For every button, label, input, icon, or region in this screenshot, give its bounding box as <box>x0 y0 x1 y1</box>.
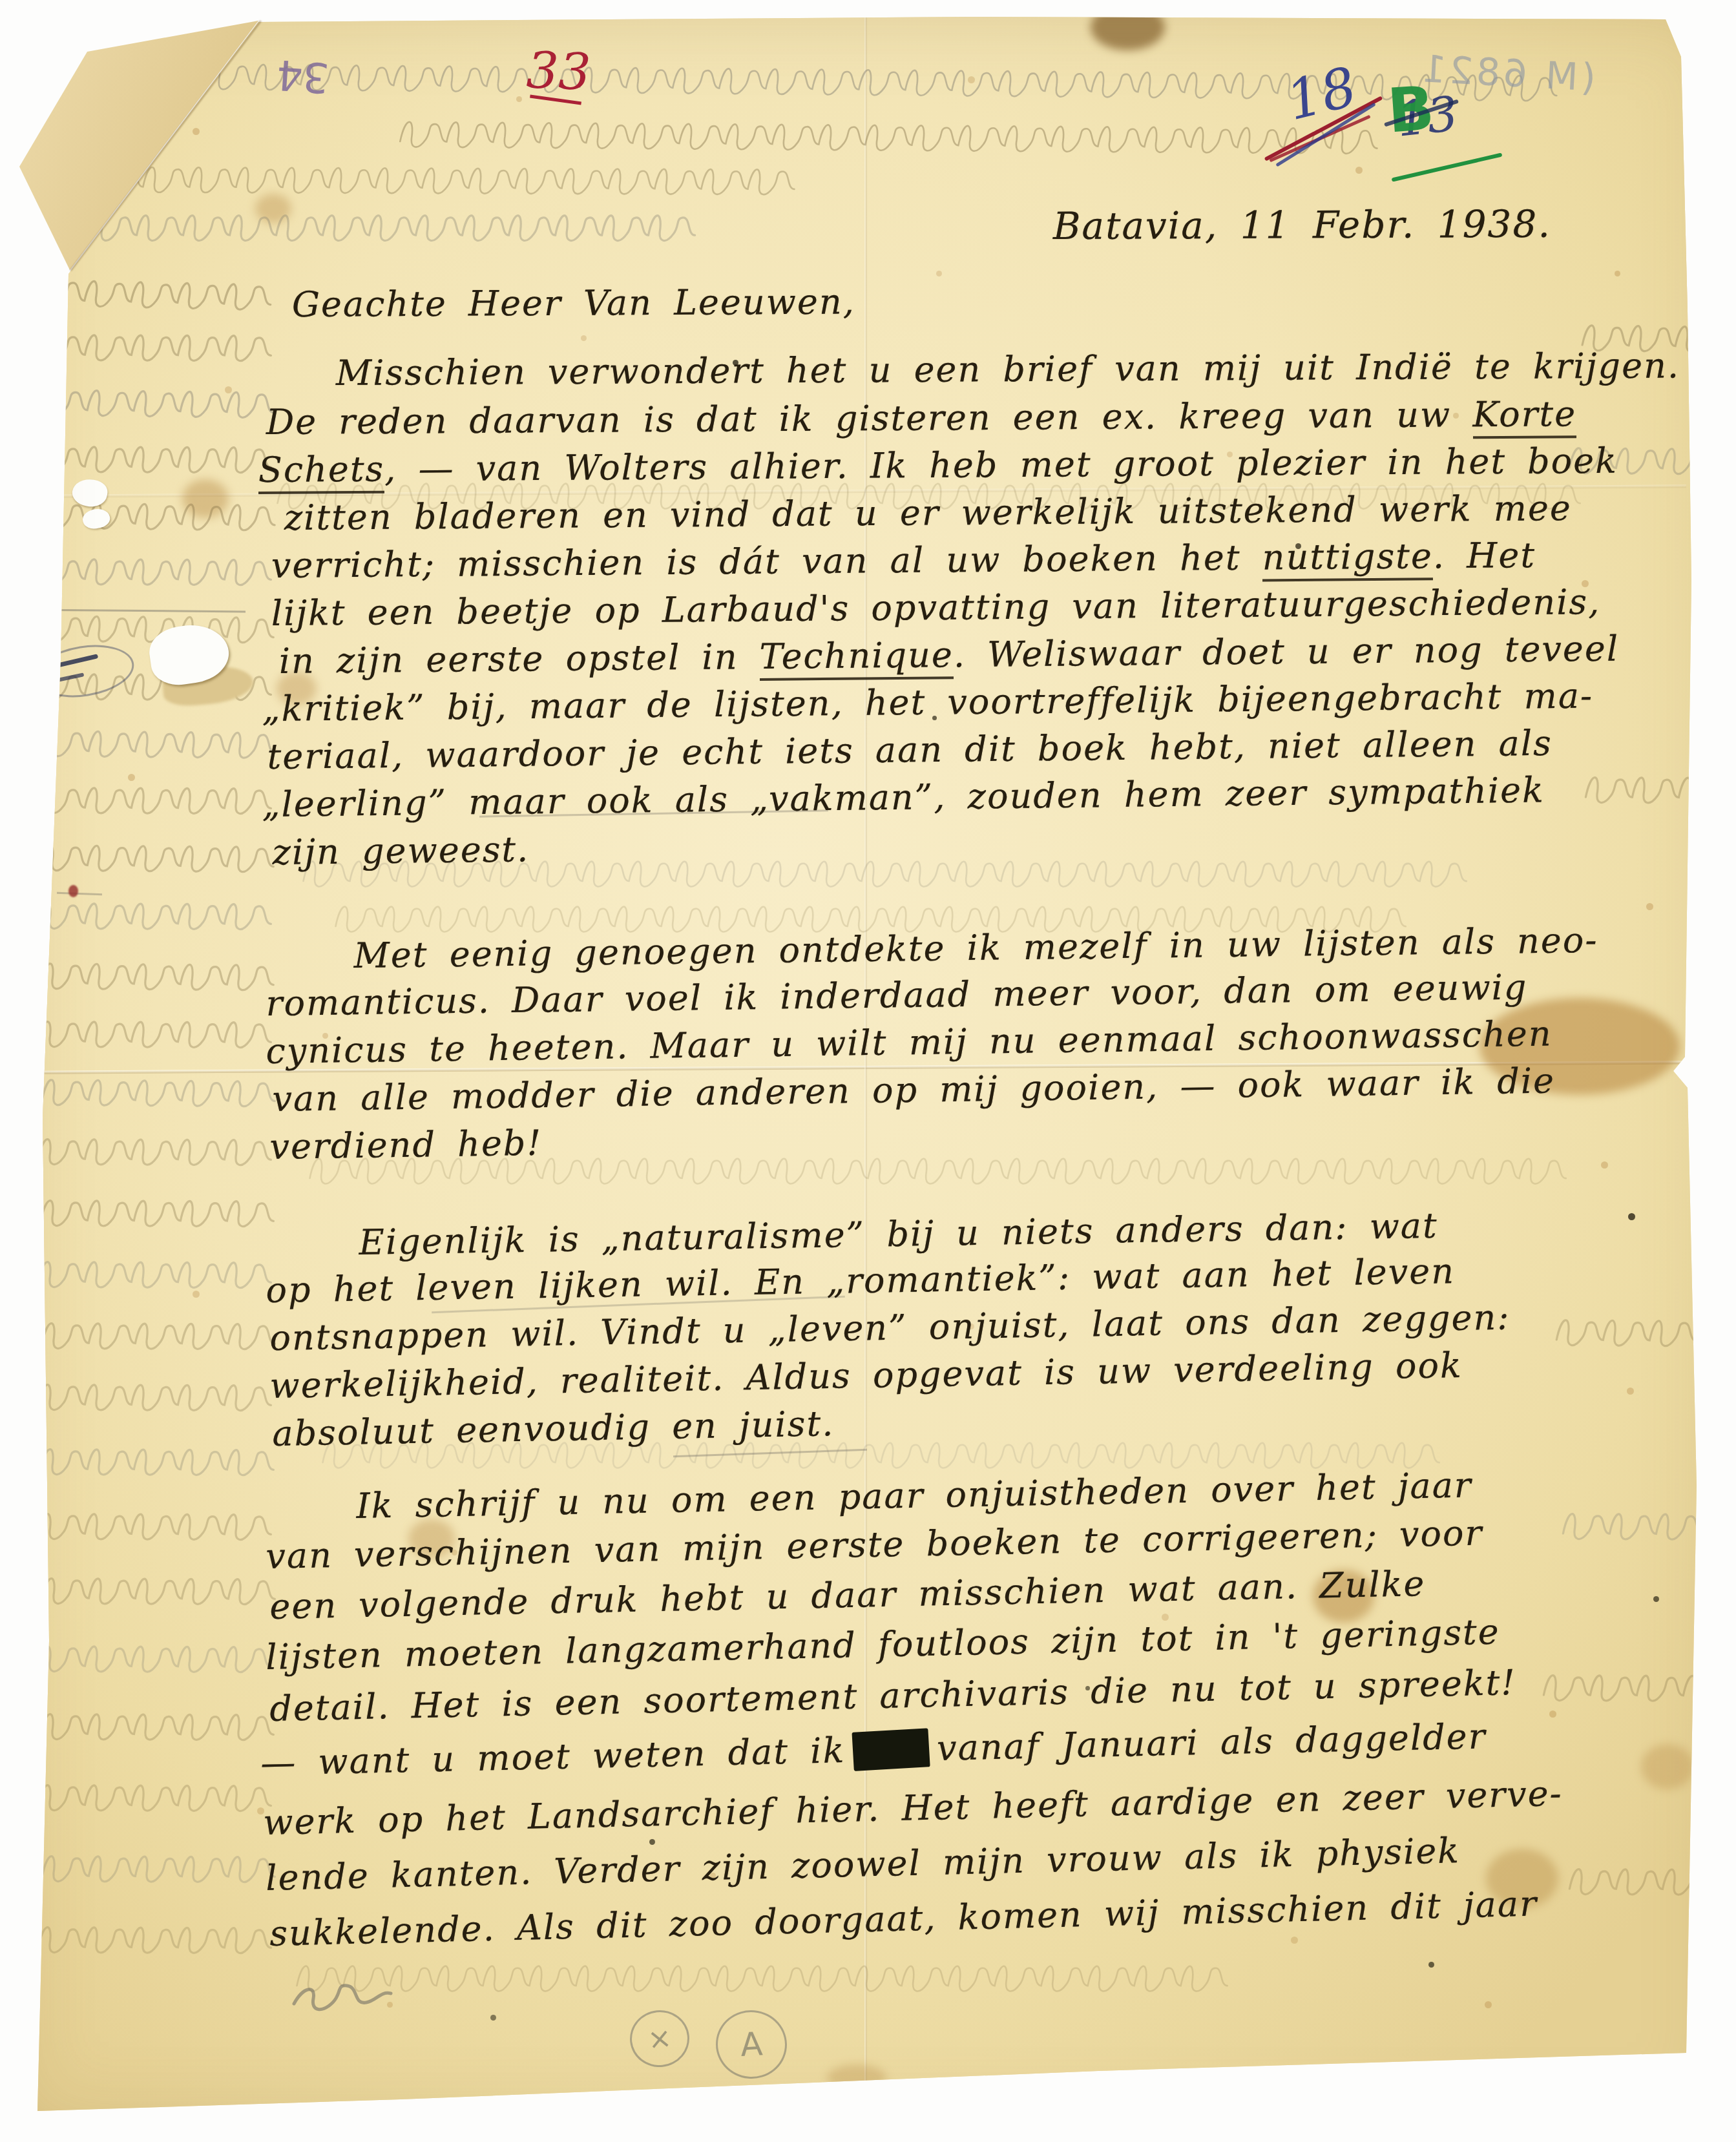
letter-text: , — van Wolters alhier. Ik heb met groot… <box>384 441 1618 490</box>
letter-line: verdiend heb! <box>269 1123 542 1167</box>
letter-line: in zijn eerste opstel in Technique. Weli… <box>278 628 1619 681</box>
red-page-number: 33 <box>525 41 591 101</box>
letter-line: zijn geweest. <box>272 829 529 873</box>
letter-paper: Batavia, 11 Febr. 1938.Geachte Heer Van … <box>0 0 1736 2142</box>
letter-line: teriaal, waardoor je echt iets aan dit b… <box>267 723 1553 777</box>
letter-line: — want u moet weten dat ikvanaf Januari … <box>260 1716 1487 1783</box>
letter-text: zitten bladeren en vind dat u er werkeli… <box>284 488 1573 538</box>
letter-text: vanaf Januari als daggelder <box>936 1716 1487 1769</box>
letter-text: . Het <box>1433 535 1536 576</box>
letter-line: absoluut eenvoudig en juist. <box>272 1403 835 1454</box>
letter-text: nuttigste <box>1262 535 1433 581</box>
inverted-corner-number: 34 <box>275 50 331 101</box>
letter-text: in zijn eerste opstel in <box>278 636 760 681</box>
letter-text: Technique <box>759 634 954 681</box>
letter-line: Misschien verwondert het u een brief van… <box>336 345 1680 393</box>
letter-text: absoluut eenvoudig en juist. <box>272 1403 835 1454</box>
letter-text: Geachte Heer Van Leeuwen, <box>292 282 855 325</box>
letter-line: „kritiek” bij, maar de lijsten, het voor… <box>262 676 1593 729</box>
pencil-mark-glyph: × <box>646 2021 673 2057</box>
letter-text: . Weliswaar doet u er nog teveel <box>954 628 1620 675</box>
dateline: Batavia, 11 Febr. 1938. <box>1053 202 1551 248</box>
letter-text: lijkt een beetje op Larbaud's opvatting … <box>271 581 1600 634</box>
redaction-mark <box>852 1728 930 1771</box>
letter-line: verricht; misschien is dát van al uw boe… <box>271 535 1536 586</box>
letter-line: De reden daarvan is dat ik gisteren een … <box>266 393 1577 442</box>
letter-line: Schets, — van Wolters alhier. Ik heb met… <box>258 441 1618 490</box>
letter-text: Misschien verwondert het u een brief van… <box>336 345 1680 393</box>
letter-line: zitten bladeren en vind dat u er werkeli… <box>284 488 1573 538</box>
letter-text: Batavia, 11 Febr. 1938. <box>1053 202 1551 248</box>
letter-text: „leerling” maar ook als „vakman”, zouden… <box>262 769 1545 825</box>
letter-text: „kritiek” bij, maar de lijsten, het voor… <box>262 676 1593 729</box>
letter-text: De reden daarvan is dat ik gisteren een … <box>266 394 1473 442</box>
letter-text: verdiend heb! <box>269 1123 542 1167</box>
letter-line: van alle modder die anderen op mij gooie… <box>272 1061 1555 1119</box>
letter-body: Batavia, 11 Febr. 1938.Geachte Heer Van … <box>0 0 1736 2142</box>
red-ink-dot <box>68 885 78 897</box>
letter-text: Schets <box>258 449 385 494</box>
letter-text: zijn geweest. <box>272 829 529 873</box>
letter-text: van alle modder die anderen op mij gooie… <box>272 1061 1555 1119</box>
foxing-spots <box>0 0 5 5</box>
letter-text: lende kanten. Verder zijn zoowel mijn vr… <box>266 1830 1461 1898</box>
letter-text: — want u moet weten dat ik <box>260 1730 846 1783</box>
letter-text: romanticus. Daar voel ik inderdaad meer … <box>266 966 1528 1024</box>
letter-text: verricht; misschien is dát van al uw boe… <box>271 537 1262 586</box>
ink-specks <box>0 0 5 5</box>
letter-text: teriaal, waardoor je echt iets aan dit b… <box>267 723 1553 777</box>
letter-line: romanticus. Daar voel ik inderdaad meer … <box>266 966 1528 1024</box>
salutation: Geachte Heer Van Leeuwen, <box>292 282 855 325</box>
letter-text: Korte <box>1472 393 1576 439</box>
scanned-letter-page: { "document": { "kind": "handwritten let… <box>0 0 1736 2142</box>
letter-line: „leerling” maar ook als „vakman”, zouden… <box>262 769 1545 825</box>
letter-line: lijkt een beetje op Larbaud's opvatting … <box>271 581 1600 634</box>
pencil-mark-glyph: A <box>739 2025 763 2064</box>
letter-line: lende kanten. Verder zijn zoowel mijn vr… <box>266 1830 1461 1898</box>
